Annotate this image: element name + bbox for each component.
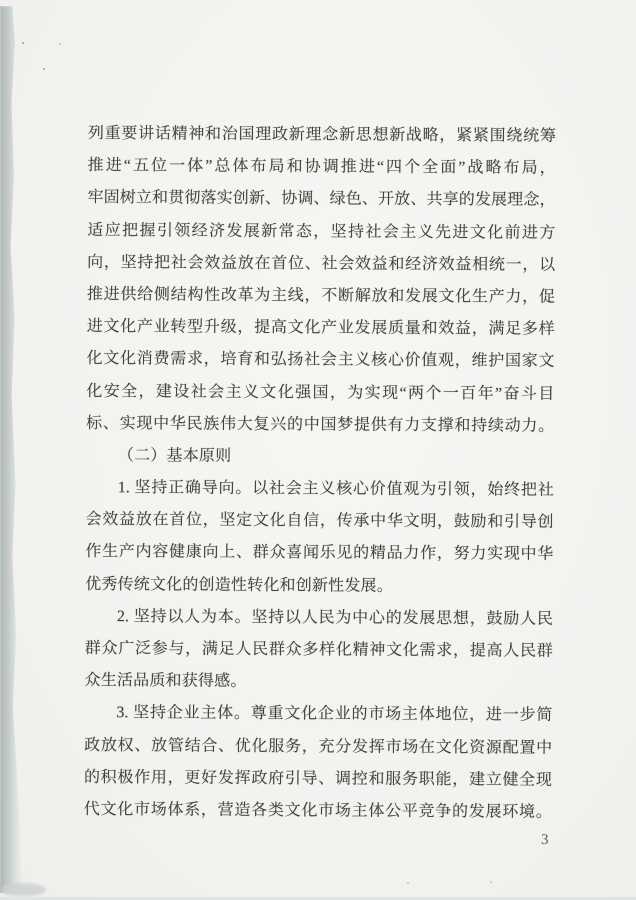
text-line: 标、实现中华民族伟大复兴的中国梦提供有力支撑和持续动力。 [86, 408, 554, 443]
scan-speck-artifact [22, 42, 24, 44]
document-text-block: 列重要讲话精神和治国理政新理念新思想新战略，紧紧围绕统筹推进“五位一体”总体布局… [84, 118, 556, 829]
text-line: 的积极作用，更好发挥政府引导、调控和服务职能，建立健全现 [84, 762, 552, 797]
text-line: 列重要讲话精神和治国理政新理念新思想新战略，紧紧围绕统筹 [88, 118, 556, 153]
text-line: 作生产内容健康向上、群众喜闻乐见的精品力作，努力实现中华 [85, 536, 553, 571]
text-line: 推进“五位一体”总体布局和协调推进“四个全面”战略布局， [88, 150, 556, 185]
scan-edge-corner-blob [2, 883, 46, 896]
text-line: 1. 坚持正确导向。以社会主义核心价值观为引领，始终把社 [86, 472, 554, 507]
scanned-document-page: 列重要讲话精神和治国理政新理念新思想新战略，紧紧围绕统筹推进“五位一体”总体布局… [0, 0, 636, 900]
text-line: 适应把握引领经济发展新常态，坚持社会主义先进文化前进方 [87, 215, 555, 250]
text-line: 会效益放在首位，坚定文化自信，传承中华文明，鼓励和引导创 [85, 504, 553, 539]
text-line: 优秀传统文化的创造性转化和创新性发展。 [85, 569, 553, 604]
scan-speck-artifact [490, 881, 492, 883]
text-line: 推进供给侧结构性改革为主线，不断解放和发展文化生产力，促 [87, 279, 555, 314]
scan-speck-artifact [407, 882, 409, 884]
text-line: 向，坚持把社会效益放在首位、社会效益和经济效益相统一，以 [87, 247, 555, 282]
text-line: 群众广泛参与，满足人民群众多样化精神文化需求，提高人民群 [85, 633, 553, 668]
text-line: 代文化市场体系，营造各类文化市场主体公平竞争的发展环境。 [84, 794, 552, 829]
scan-speck-artifact [43, 68, 45, 70]
text-line: 3. 坚持企业主体。尊重文化企业的市场主体地位，进一步简 [84, 697, 552, 732]
text-line: 政放权、放管结合、优化服务，充分发挥市场在文化资源配置中 [84, 730, 552, 765]
text-line: 牢固树立和贯彻落实创新、协调、绿色、开放、共享的发展理念， [87, 182, 555, 217]
text-line: 2. 坚持以人为本。坚持以人民为中心的发展思想，鼓励人民 [85, 601, 553, 636]
text-line: 进文化产业转型升级，提高文化产业发展质量和效益，满足多样 [87, 311, 555, 346]
scan-speck-artifact [59, 43, 61, 45]
text-line: 化文化消费需求，培育和弘扬社会主义核心价值观，维护国家文 [86, 343, 554, 378]
page-number: 3 [541, 832, 549, 849]
text-line: 众生活品质和获得感。 [84, 665, 552, 700]
scan-edge-shadow [0, 6, 22, 893]
text-line: 化安全，建设社会主义文化强国，为实现“两个一百年”奋斗目 [86, 375, 554, 410]
text-line: （二）基本原则 [86, 440, 554, 475]
